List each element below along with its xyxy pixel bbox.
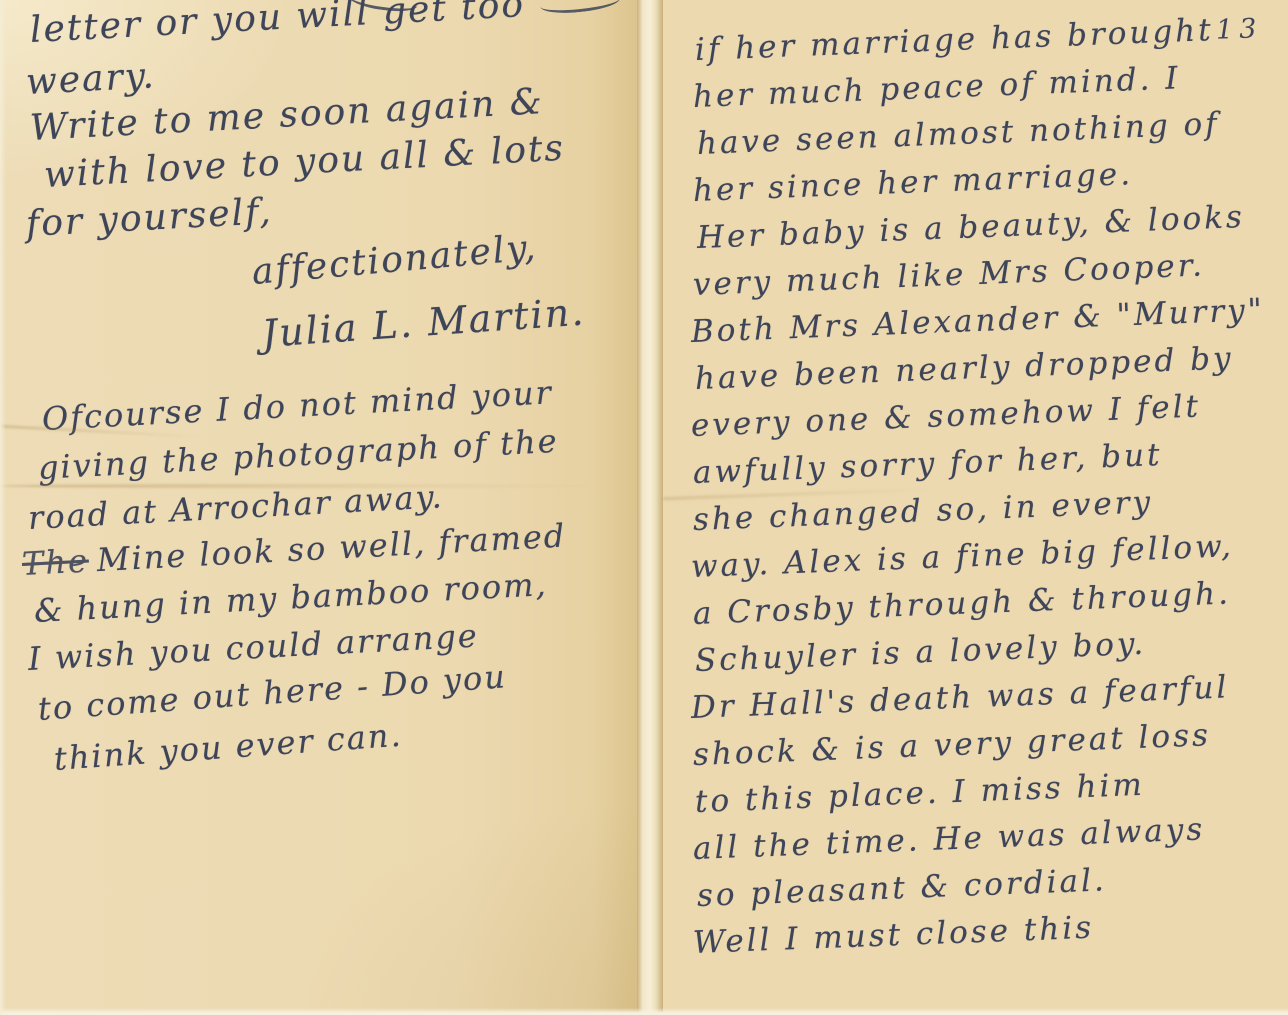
handwritten-line: Well I must close this (692, 910, 1094, 961)
handwritten-line: have been nearly dropped by (694, 340, 1234, 397)
handwritten-line: have seen almost nothing of (696, 106, 1220, 162)
handwritten-line: awfully sorry for her, but (692, 437, 1163, 491)
handwritten-line: think you ever can. (53, 716, 404, 778)
handwritten-line: shock & is a very great loss (692, 717, 1211, 773)
handwritten-line: Her baby is a beauty, & looks (696, 199, 1245, 256)
handwritten-line: her since her marriage. (692, 156, 1133, 209)
stroke-fragment (539, 0, 621, 16)
handwritten-line: so pleasant & cordial. (696, 862, 1107, 914)
handwritten-line: she changed so, in every (692, 484, 1153, 538)
letter-scan: letter or you will get too weary. Write … (0, 0, 1288, 1015)
letter-page-left: letter or you will get too weary. Write … (0, 0, 637, 1015)
letter-page-right: 13 if her marriage has brought her much … (663, 0, 1288, 1015)
handwritten-line: letter or you will get too (29, 0, 526, 51)
signature-line: Julia L. Martin. (260, 289, 586, 355)
page-number: 13 (1215, 13, 1262, 46)
handwritten-line: to this place. I miss him (694, 767, 1145, 820)
handwritten-line: weary. (25, 55, 157, 103)
handwritten-line: very much like Mrs Cooper. (692, 247, 1205, 303)
page-fold-gutter (637, 0, 663, 1015)
struck-word: The (21, 542, 90, 583)
handwritten-line: Both Mrs Alexander & "Murry" (690, 292, 1265, 350)
handwritten-line: a Crosby through & through. (692, 575, 1231, 632)
handwritten-line: way. Alex is a fine big fellow, (690, 528, 1234, 585)
handwritten-line: affectionately, (250, 227, 539, 293)
handwritten-line: for yourself, (25, 191, 274, 245)
handwritten-line: every one & somehow I felt (690, 388, 1201, 444)
handwritten-line: all the time. He was always (692, 811, 1205, 867)
handwritten-line: Schuyler is a lovely boy. (694, 626, 1147, 679)
handwritten-line: if her marriage has brought (694, 12, 1214, 68)
handwritten-line: Dr Hall's death was a fearful (690, 669, 1230, 726)
handwritten-line: her much peace of mind. I (692, 60, 1181, 115)
